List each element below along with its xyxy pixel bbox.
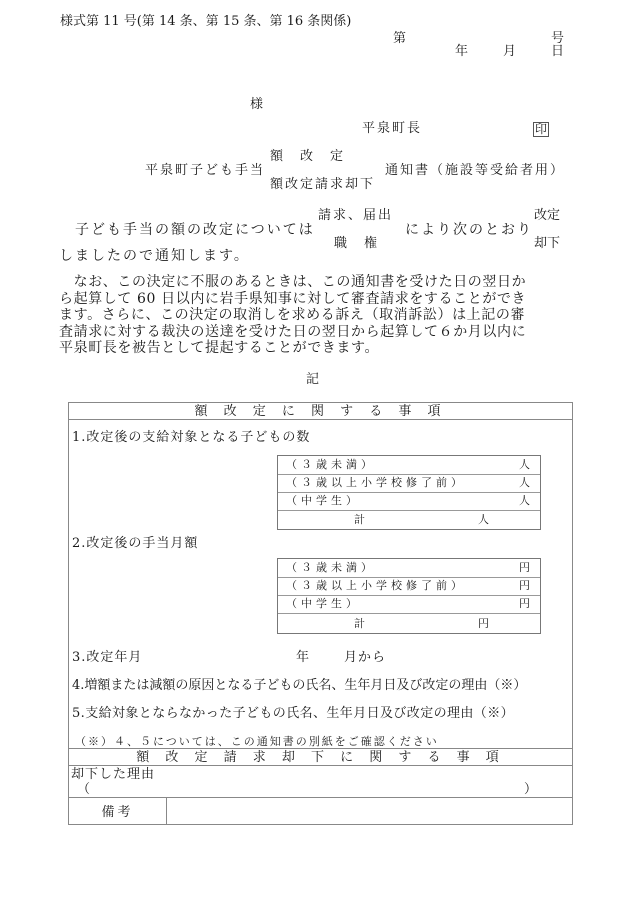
divider bbox=[69, 419, 572, 420]
intro-action-revise: 改定 bbox=[534, 208, 560, 223]
details-table: 額 改 定 に 関 す る 事 項 1.改定後の支給対象となる子どもの数 （３歳… bbox=[68, 402, 573, 825]
count-total-row: 計 人 bbox=[278, 511, 540, 529]
appeal-notice-line: 平泉町長を被告として提起することができます。 bbox=[59, 340, 579, 357]
title-prefix: 平泉町子ども手当 bbox=[145, 163, 265, 178]
doc-number-prefix: 第 bbox=[393, 31, 406, 46]
intro-action-reject: 却下 bbox=[534, 236, 560, 251]
divider bbox=[69, 748, 572, 749]
date-month: 月 bbox=[503, 44, 516, 59]
title-option-request-rejection: 額改定請求却下 bbox=[270, 177, 375, 192]
divider bbox=[69, 765, 572, 766]
item3-month-from: 月から bbox=[344, 650, 386, 665]
count-row-under3: （３歳未満） 人 bbox=[278, 456, 540, 475]
count-row-3-to-primary: （３歳以上小学校修了前） 人 bbox=[278, 474, 540, 493]
section-amount-revision-header: 額 改 定 に 関 す る 事 項 bbox=[69, 404, 572, 419]
footnote: （※）４、５については、この通知書の別紙をご確認ください bbox=[75, 735, 439, 749]
amount-row-3-to-primary: （３歳以上小学校修了前） 円 bbox=[278, 577, 540, 596]
seal-icon: 印 bbox=[533, 122, 549, 137]
ki-heading: 記 bbox=[306, 372, 319, 387]
appeal-notice-line: なお、この決定に不服のあるときは、この通知書を受けた日の翌日か bbox=[59, 274, 579, 291]
rejection-reason-paren-close: ） bbox=[524, 782, 537, 797]
title-option-amount-revision: 額 改 定 bbox=[270, 149, 345, 164]
appeal-notice-line: ます。さらに、この決定の取消しを求める訴え（取消訴訟）は上記の審 bbox=[59, 307, 579, 324]
date-day: 日 bbox=[551, 44, 564, 59]
issuer: 平泉町長 bbox=[362, 121, 422, 136]
intro-basis-request: 請求、届出 bbox=[318, 208, 393, 223]
title-suffix: 通知書（施設等受給者用） bbox=[385, 163, 565, 178]
item1-label: 1.改定後の支給対象となる子どもの数 bbox=[72, 430, 310, 445]
remarks-field[interactable] bbox=[167, 798, 572, 824]
rejection-reason-paren-open: （ bbox=[77, 782, 90, 797]
amount-row-junior-high: （中学生） 円 bbox=[278, 595, 540, 614]
remarks-label: 備考 bbox=[69, 805, 166, 820]
form-number: 様式第 11 号(第 14 条、第 15 条、第 16 条関係) bbox=[60, 14, 351, 29]
date-year: 年 bbox=[455, 44, 468, 59]
intro-basis-authority: 職 権 bbox=[334, 236, 379, 251]
amount-row-under3: （３歳未満） 円 bbox=[278, 559, 540, 578]
item3-label: 3.改定年月 bbox=[72, 650, 142, 665]
intro-part1: 子ども手当の額の改定については bbox=[75, 222, 315, 239]
addressee-suffix: 様 bbox=[250, 97, 263, 112]
item4-label: 4.増額または減額の原因となる子どもの氏名、生年月日及び改定の理由（※） bbox=[72, 678, 526, 693]
monthly-amount-box: （３歳未満） 円 （３歳以上小学校修了前） 円 （中学生） 円 計 円 bbox=[277, 558, 541, 634]
appeal-notice-line: 査請求に対する裁決の送達を受けた日の翌日から起算して６か月以内に bbox=[59, 324, 579, 341]
intro-line2: しましたので通知します。 bbox=[59, 248, 250, 265]
item2-label: 2.改定後の手当月額 bbox=[72, 536, 198, 551]
section-rejection-header: 額 改 定 請 求 却 下 に 関 す る 事 項 bbox=[69, 750, 572, 765]
children-count-box: （３歳未満） 人 （３歳以上小学校修了前） 人 （中学生） 人 計 人 bbox=[277, 455, 541, 530]
appeal-notice-line: ら起算して 60 日以内に岩手県知事に対して審査請求をすることができ bbox=[59, 291, 579, 308]
item3-year: 年 bbox=[296, 650, 309, 665]
item5-label: 5.支給対象とならなかった子どもの氏名、生年月日及び改定の理由（※） bbox=[72, 706, 514, 721]
rejection-reason-label: 却下した理由 bbox=[71, 767, 155, 782]
amount-total-row: 計 円 bbox=[278, 615, 540, 633]
appeal-notice: なお、この決定に不服のあるときは、この通知書を受けた日の翌日か ら起算して 60… bbox=[59, 274, 579, 357]
count-row-junior-high: （中学生） 人 bbox=[278, 492, 540, 511]
intro-part2: により次のとおり bbox=[405, 222, 533, 239]
